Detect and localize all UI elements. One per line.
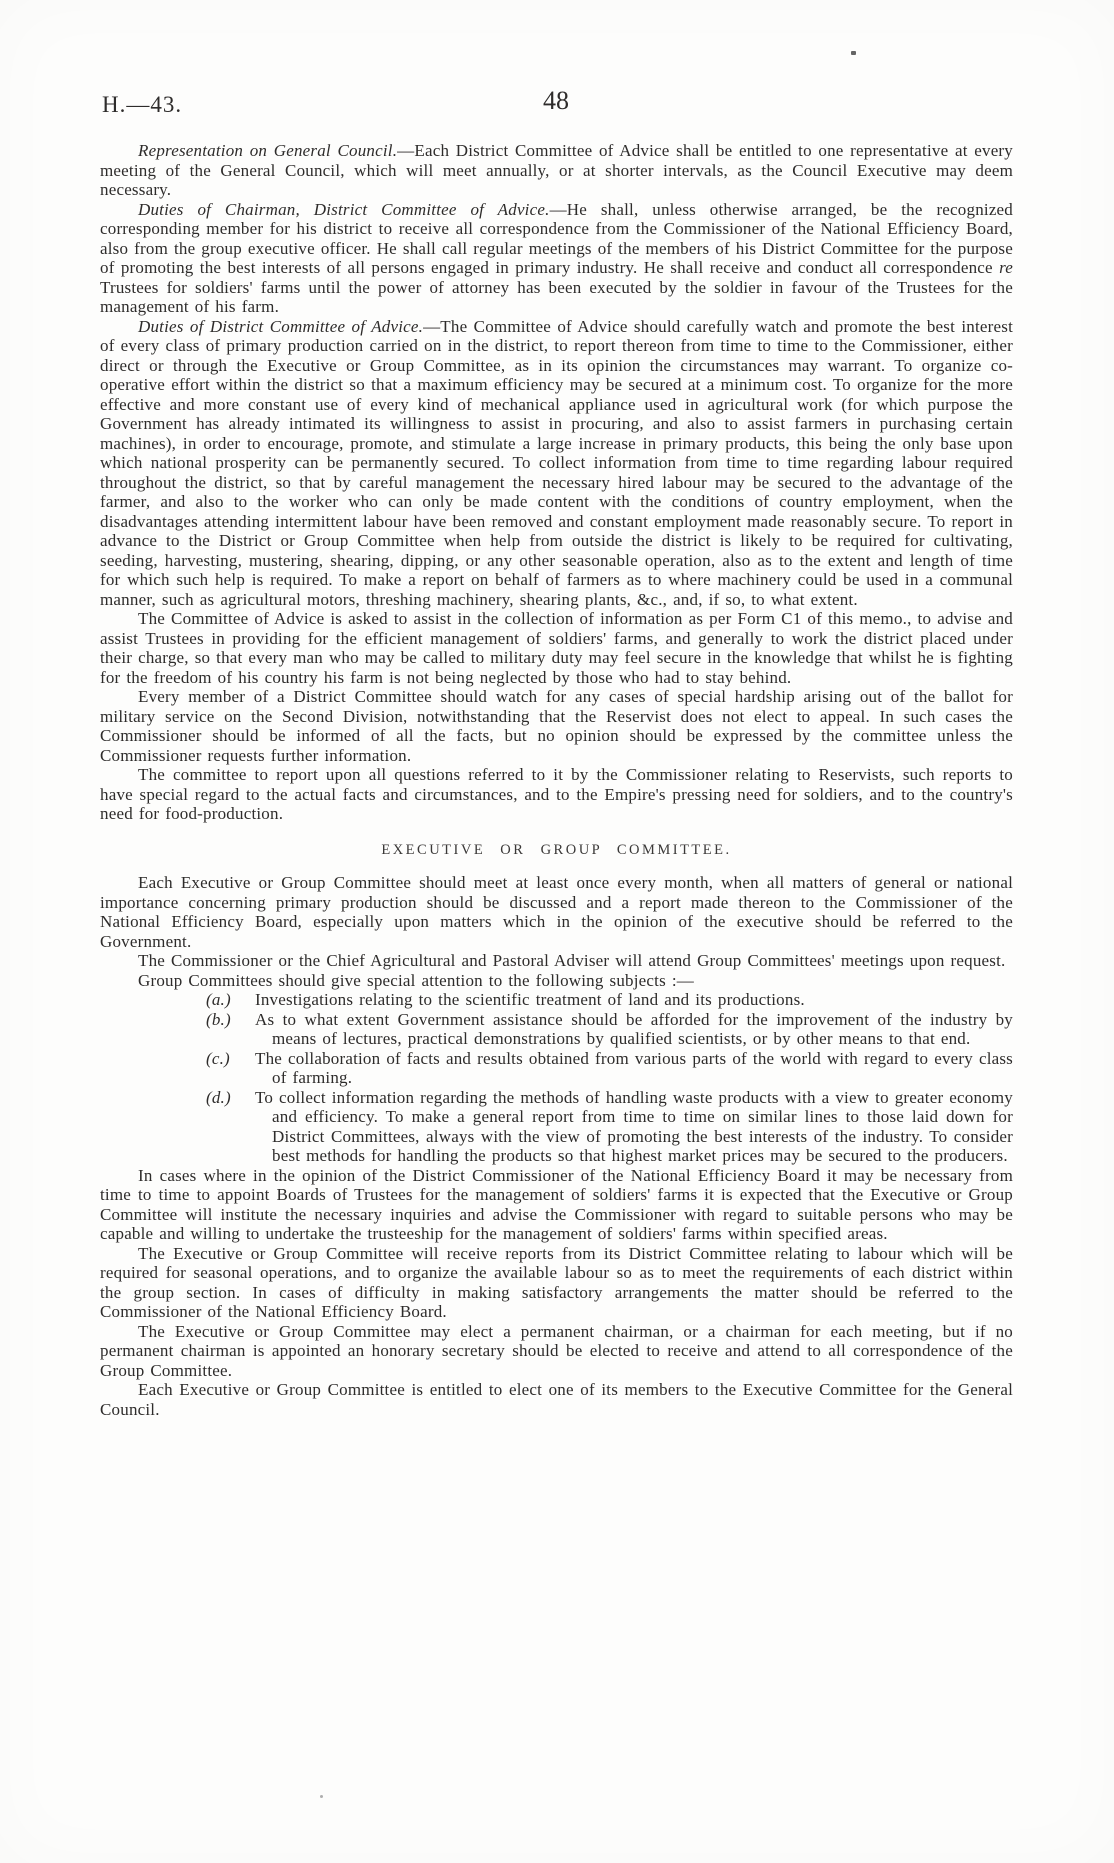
list-marker: (c.)	[206, 1049, 255, 1069]
paragraph: Each Executive or Group Committee is ent…	[100, 1380, 1013, 1419]
body-text: Each Executive or Group Committee should…	[100, 873, 1013, 951]
paragraph: Representation on General Council.—Each …	[100, 141, 1013, 200]
italic-text: Duties of Chairman, District Committee o…	[138, 200, 550, 219]
paragraph: Duties of District Committee of Advice.—…	[100, 317, 1013, 610]
list-item: (a.)Investigations relating to the scien…	[100, 990, 1013, 1010]
body-text: Group Committees should give special att…	[138, 971, 694, 990]
paragraph: Each Executive or Group Committee should…	[100, 873, 1013, 951]
paragraph: The Executive or Group Committee will re…	[100, 1244, 1013, 1322]
section-heading: EXECUTIVE OR GROUP COMMITTEE.	[100, 841, 1013, 861]
list-item-text: As to what extent Government assistance …	[255, 1010, 1013, 1049]
list-marker: (d.)	[206, 1088, 255, 1108]
paragraph: Duties of Chairman, District Committee o…	[100, 200, 1013, 317]
body-text: The Executive or Group Committee may ele…	[100, 1322, 1013, 1380]
italic-text: Duties of District Committee of Advice.	[138, 317, 423, 336]
body-text: In cases where in the opinion of the Dis…	[100, 1166, 1013, 1244]
body-text: The Committee of Advice is asked to assi…	[100, 609, 1013, 687]
subject-list: (a.)Investigations relating to the scien…	[100, 990, 1013, 1166]
list-marker: (b.)	[206, 1010, 255, 1030]
ink-speck	[320, 1795, 323, 1798]
paragraph: The Executive or Group Committee may ele…	[100, 1322, 1013, 1381]
body-text: Every member of a District Committee sho…	[100, 687, 1013, 765]
italic-text: re	[999, 258, 1013, 277]
document-body: Representation on General Council.—Each …	[100, 141, 1013, 1419]
italic-text: Representation on General Council.	[138, 141, 397, 160]
body-text: —The Committee of Advice should carefull…	[100, 317, 1013, 609]
page-header: H.—43. 48	[100, 86, 1012, 122]
list-item-text: To collect information regarding the met…	[255, 1088, 1013, 1166]
paragraph: In cases where in the opinion of the Dis…	[100, 1166, 1013, 1244]
body-text: The committee to report upon all questio…	[100, 765, 1013, 823]
list-marker: (a.)	[206, 990, 255, 1010]
ink-speck	[851, 51, 856, 55]
body-text: The Commissioner or the Chief Agricultur…	[138, 951, 1005, 970]
document-page: H.—43. 48 Representation on General Coun…	[0, 0, 1114, 1863]
list-item-text: Investigations relating to the scientifi…	[255, 990, 805, 1009]
body-text: Each Executive or Group Committee is ent…	[100, 1380, 1013, 1419]
page-number: 48	[100, 86, 1012, 116]
list-item: (d.)To collect information regarding the…	[100, 1088, 1013, 1166]
list-item-text: The collaboration of facts and results o…	[255, 1049, 1013, 1088]
body-text: The Executive or Group Committee will re…	[100, 1244, 1013, 1322]
list-item: (c.)The collaboration of facts and resul…	[100, 1049, 1013, 1088]
body-text: Trustees for soldiers' farms until the p…	[100, 278, 1013, 317]
paragraph: The Committee of Advice is asked to assi…	[100, 609, 1013, 687]
list-item: (b.)As to what extent Government assista…	[100, 1010, 1013, 1049]
paragraph: Every member of a District Committee sho…	[100, 687, 1013, 765]
paragraph: The Commissioner or the Chief Agricultur…	[100, 951, 1013, 971]
paragraph: The committee to report upon all questio…	[100, 765, 1013, 824]
paragraph: Group Committees should give special att…	[100, 971, 1013, 991]
